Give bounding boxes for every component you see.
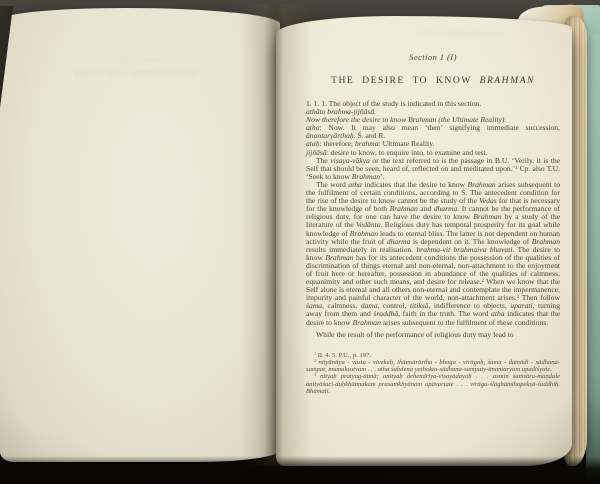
paragraph: atha: Now. It may also mean ‘then’ signi… — [306, 124, 560, 140]
show-through-line: TRANSLATION AND NOTES — [70, 67, 200, 80]
show-through-text: THE BRAHMA SUTRA — [372, 28, 542, 41]
paragraph: The viṣaya-vākya or the text referred to… — [306, 157, 560, 181]
show-through-text: PART TWO TRANSLATION AND NOTES — [70, 54, 200, 80]
footnotes: 1 II. 4. 5. P.U., p. 197.2 nityānitya - … — [306, 352, 560, 395]
paragraph: While the result of the performance of r… — [306, 331, 560, 339]
open-book-photo: PART TWO TRANSLATION AND NOTES THE BRAHM… — [0, 0, 600, 484]
footnote: 3 nityaḥ pratyag-ātmā; anityaḥ dehendriy… — [306, 373, 560, 395]
page-text: Section 1 (I) THE DESIRE TO KNOW BRAHMAN… — [306, 52, 560, 395]
section-label: Section 1 (I) — [306, 52, 560, 62]
book-cover-right-edge — [586, 34, 600, 480]
footnote: 2 nityānitya - vastu - vivekaḥ, ihāmutrā… — [306, 359, 560, 373]
show-through-line: PART TWO — [70, 54, 200, 67]
foreground-shadow — [0, 456, 600, 484]
left-page-blank: PART TWO TRANSLATION AND NOTES — [0, 8, 280, 462]
body-paragraphs: 1. 1. 1. The object of the study is indi… — [306, 100, 560, 339]
right-page: THE BRAHMA SUTRA Section 1 (I) THE DESIR… — [276, 16, 572, 466]
chapter-heading: THE DESIRE TO KNOW BRAHMAN — [306, 75, 560, 86]
paragraph: The word atha indicates that the desire … — [306, 181, 560, 327]
footnote: 1 II. 4. 5. P.U., p. 197. — [306, 352, 560, 359]
